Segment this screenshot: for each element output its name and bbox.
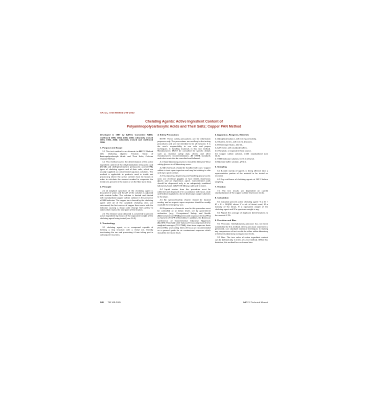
body-paragraph: 1.1 This test method is an alternate to … xyxy=(100,150,153,160)
section-heading: 6. Sampling xyxy=(215,166,268,169)
text-columns: Developed in 1987 by AATCC Committee RA8… xyxy=(100,134,268,245)
body-paragraph: 4.5 An eyewash/safety shower should be l… xyxy=(157,199,210,206)
section-heading: 2. Principle xyxy=(100,186,153,189)
section-heading: 1. Purpose and Scope xyxy=(100,147,153,150)
revision-history: Developed in 1987 by AATCC Committee RA8… xyxy=(100,134,153,144)
method-code: TM 149-2005 xyxy=(108,301,121,303)
section-heading: 5. Apparatus, Reagents, Materials xyxy=(215,134,268,137)
list-item: 5.6 Copper sulfate solution, 0.1M, stand… xyxy=(215,153,268,158)
body-paragraph: 4.4 Liquid wastes from this procedure mu… xyxy=(157,188,210,198)
body-paragraph: 4.2 All chemicals should be handled with… xyxy=(157,167,210,174)
footer-left: 248TM 149-2005 xyxy=(100,301,121,303)
body-paragraph: 7.1 The test results are dependent on ca… xyxy=(215,190,268,195)
page-scale-wrapper: AATCC Test Method 149-2005 Chelating Age… xyxy=(100,112,268,307)
section-heading: 3. Terminology xyxy=(100,222,153,225)
column-1: Developed in 1987 by AATCC Committee RA8… xyxy=(100,134,153,245)
body-paragraph: 9.1 Precision. Interlaboratory precision… xyxy=(215,223,268,235)
document-page-canvas: AATCC Test Method 149-2005 Chelating Age… xyxy=(0,0,368,420)
section-heading: 7. Titration xyxy=(215,186,268,189)
body-paragraph: 8.1 Calculate percent active chelating a… xyxy=(215,201,268,211)
body-paragraph: 4.6 Exposure to chemicals used in this p… xyxy=(157,207,210,234)
body-paragraph: 4.1 Good laboratory practices should be … xyxy=(157,161,210,166)
body-paragraph: 2.2 The titration value obtained is conv… xyxy=(100,212,153,219)
section-heading: 8. Calculation xyxy=(215,197,268,200)
body-paragraph: 1.2 This method covers the determination… xyxy=(100,161,153,183)
title-line-2: Polyaminopolycarboxylic Acids and Their … xyxy=(127,124,242,128)
body-paragraph: 6.2 Dry acid forms of chelating agents a… xyxy=(215,178,268,183)
body-paragraph: 2.1 A weighed specimen of the chelating … xyxy=(100,190,153,212)
list-item: 5.8 Acetate buffer solution, pH 4.6. xyxy=(215,161,268,163)
column-2: 4. Safety PrecautionsNOTE: These safety … xyxy=(157,134,210,245)
manual-name: AATCC Technical Manual xyxy=(243,301,268,303)
body-paragraph: 8.2 Report the average of duplicate dete… xyxy=(215,212,268,217)
note-paragraph: NOTE: These safety precautions are for i… xyxy=(157,138,210,160)
body-paragraph: 6.1 A wide variety of agents is being of… xyxy=(215,170,268,177)
page-footer: 248TM 149-2005 AATCC Technical Manual xyxy=(100,301,268,303)
body-paragraph: 9.2 Bias. The true value of active ingre… xyxy=(215,236,268,243)
column-3: 5. Apparatus, Reagents, Materials5.1 Ana… xyxy=(215,134,268,245)
body-paragraph: 3.1 chelating agent, n.—a compound capab… xyxy=(100,226,153,236)
section-heading: 4. Safety Precautions xyxy=(157,134,210,137)
document-title: Chelating Agents: Active Ingredient Cont… xyxy=(100,120,268,129)
section-heading: 9. Precision and Bias xyxy=(215,219,268,222)
document-page: AATCC Test Method 149-2005 Chelating Age… xyxy=(100,112,268,307)
title-line-1: Chelating Agents: Active Ingredient Cont… xyxy=(145,120,223,124)
page-number: 248 xyxy=(100,301,104,303)
method-header: AATCC Test Method 149-2005 xyxy=(100,112,268,114)
body-paragraph: 4.3 In preparing, dispensing and handlin… xyxy=(157,175,210,187)
